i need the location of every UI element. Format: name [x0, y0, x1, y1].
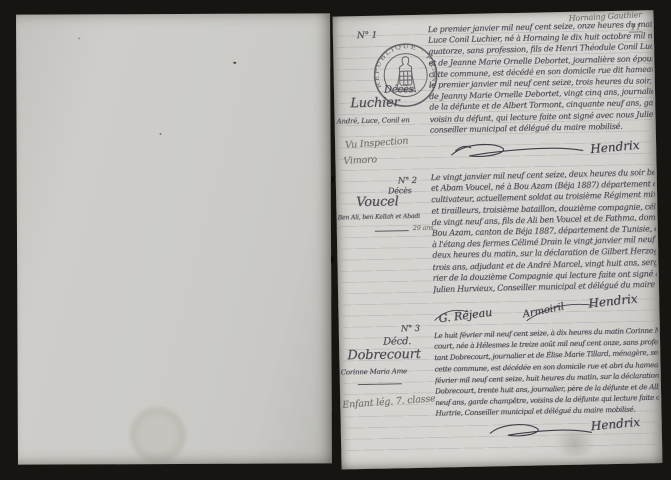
signature-officer: Hendrix [590, 138, 640, 156]
entry2-number: N° 2 [398, 176, 417, 186]
entry2-margin-name: Voucel [356, 194, 399, 210]
signature-flourish [430, 301, 600, 328]
margin-dash [375, 230, 409, 232]
right-manuscript-page: Hornaing Gauthier 11 N° 1 RÉPUBLIQUE · F… [332, 10, 662, 469]
entry3-body: Le huit février mil neuf cent seize, à d… [434, 326, 660, 420]
left-blank-page [16, 13, 332, 464]
entry1-number: N° 1 [357, 31, 377, 41]
scanned-register-spread: Hornaing Gauthier 11 N° 1 RÉPUBLIQUE · F… [0, 0, 671, 480]
signature-flourish [447, 139, 587, 164]
entry1-margin-detail: André, Luce, Conil en [337, 116, 410, 125]
entry2-margin-age: 29 ans [413, 224, 434, 232]
entry3-margin-name: Dobrecourt [347, 347, 421, 363]
paper-speck [233, 62, 236, 64]
ink-smudge [549, 429, 602, 456]
entry2-margin-detail: Ben Ali, ben Kellah et Abadi [337, 213, 420, 222]
entry1-body: Le premier janvier mil neuf cent seize, … [428, 20, 654, 136]
entry1-margin-note2: Vimoro [343, 154, 377, 167]
faded-stamp-ghost [128, 405, 188, 465]
paper-speck [160, 133, 162, 135]
entry1-margin-label: Décès. [384, 84, 417, 96]
paper-speck [78, 37, 80, 39]
signature-officer: Hendrix [590, 415, 640, 433]
margin-dash [358, 383, 402, 385]
entry1-margin-note1: Vu Inspection [345, 135, 409, 151]
entry1-margin-name: Luchier [350, 95, 400, 111]
entry2-body: Le vingt janvier mil neuf cent seize, de… [431, 168, 657, 296]
entry3-margin-note1: Enfant lég. 7. classe [342, 393, 436, 411]
binding-stitch [331, 256, 334, 263]
entry3-margin-label: Décd. [383, 336, 411, 348]
entry3-number: N° 3 [401, 324, 420, 334]
entry3-margin-detail: Corinne Maria Ame [341, 367, 407, 376]
binding-stitch [331, 176, 334, 183]
